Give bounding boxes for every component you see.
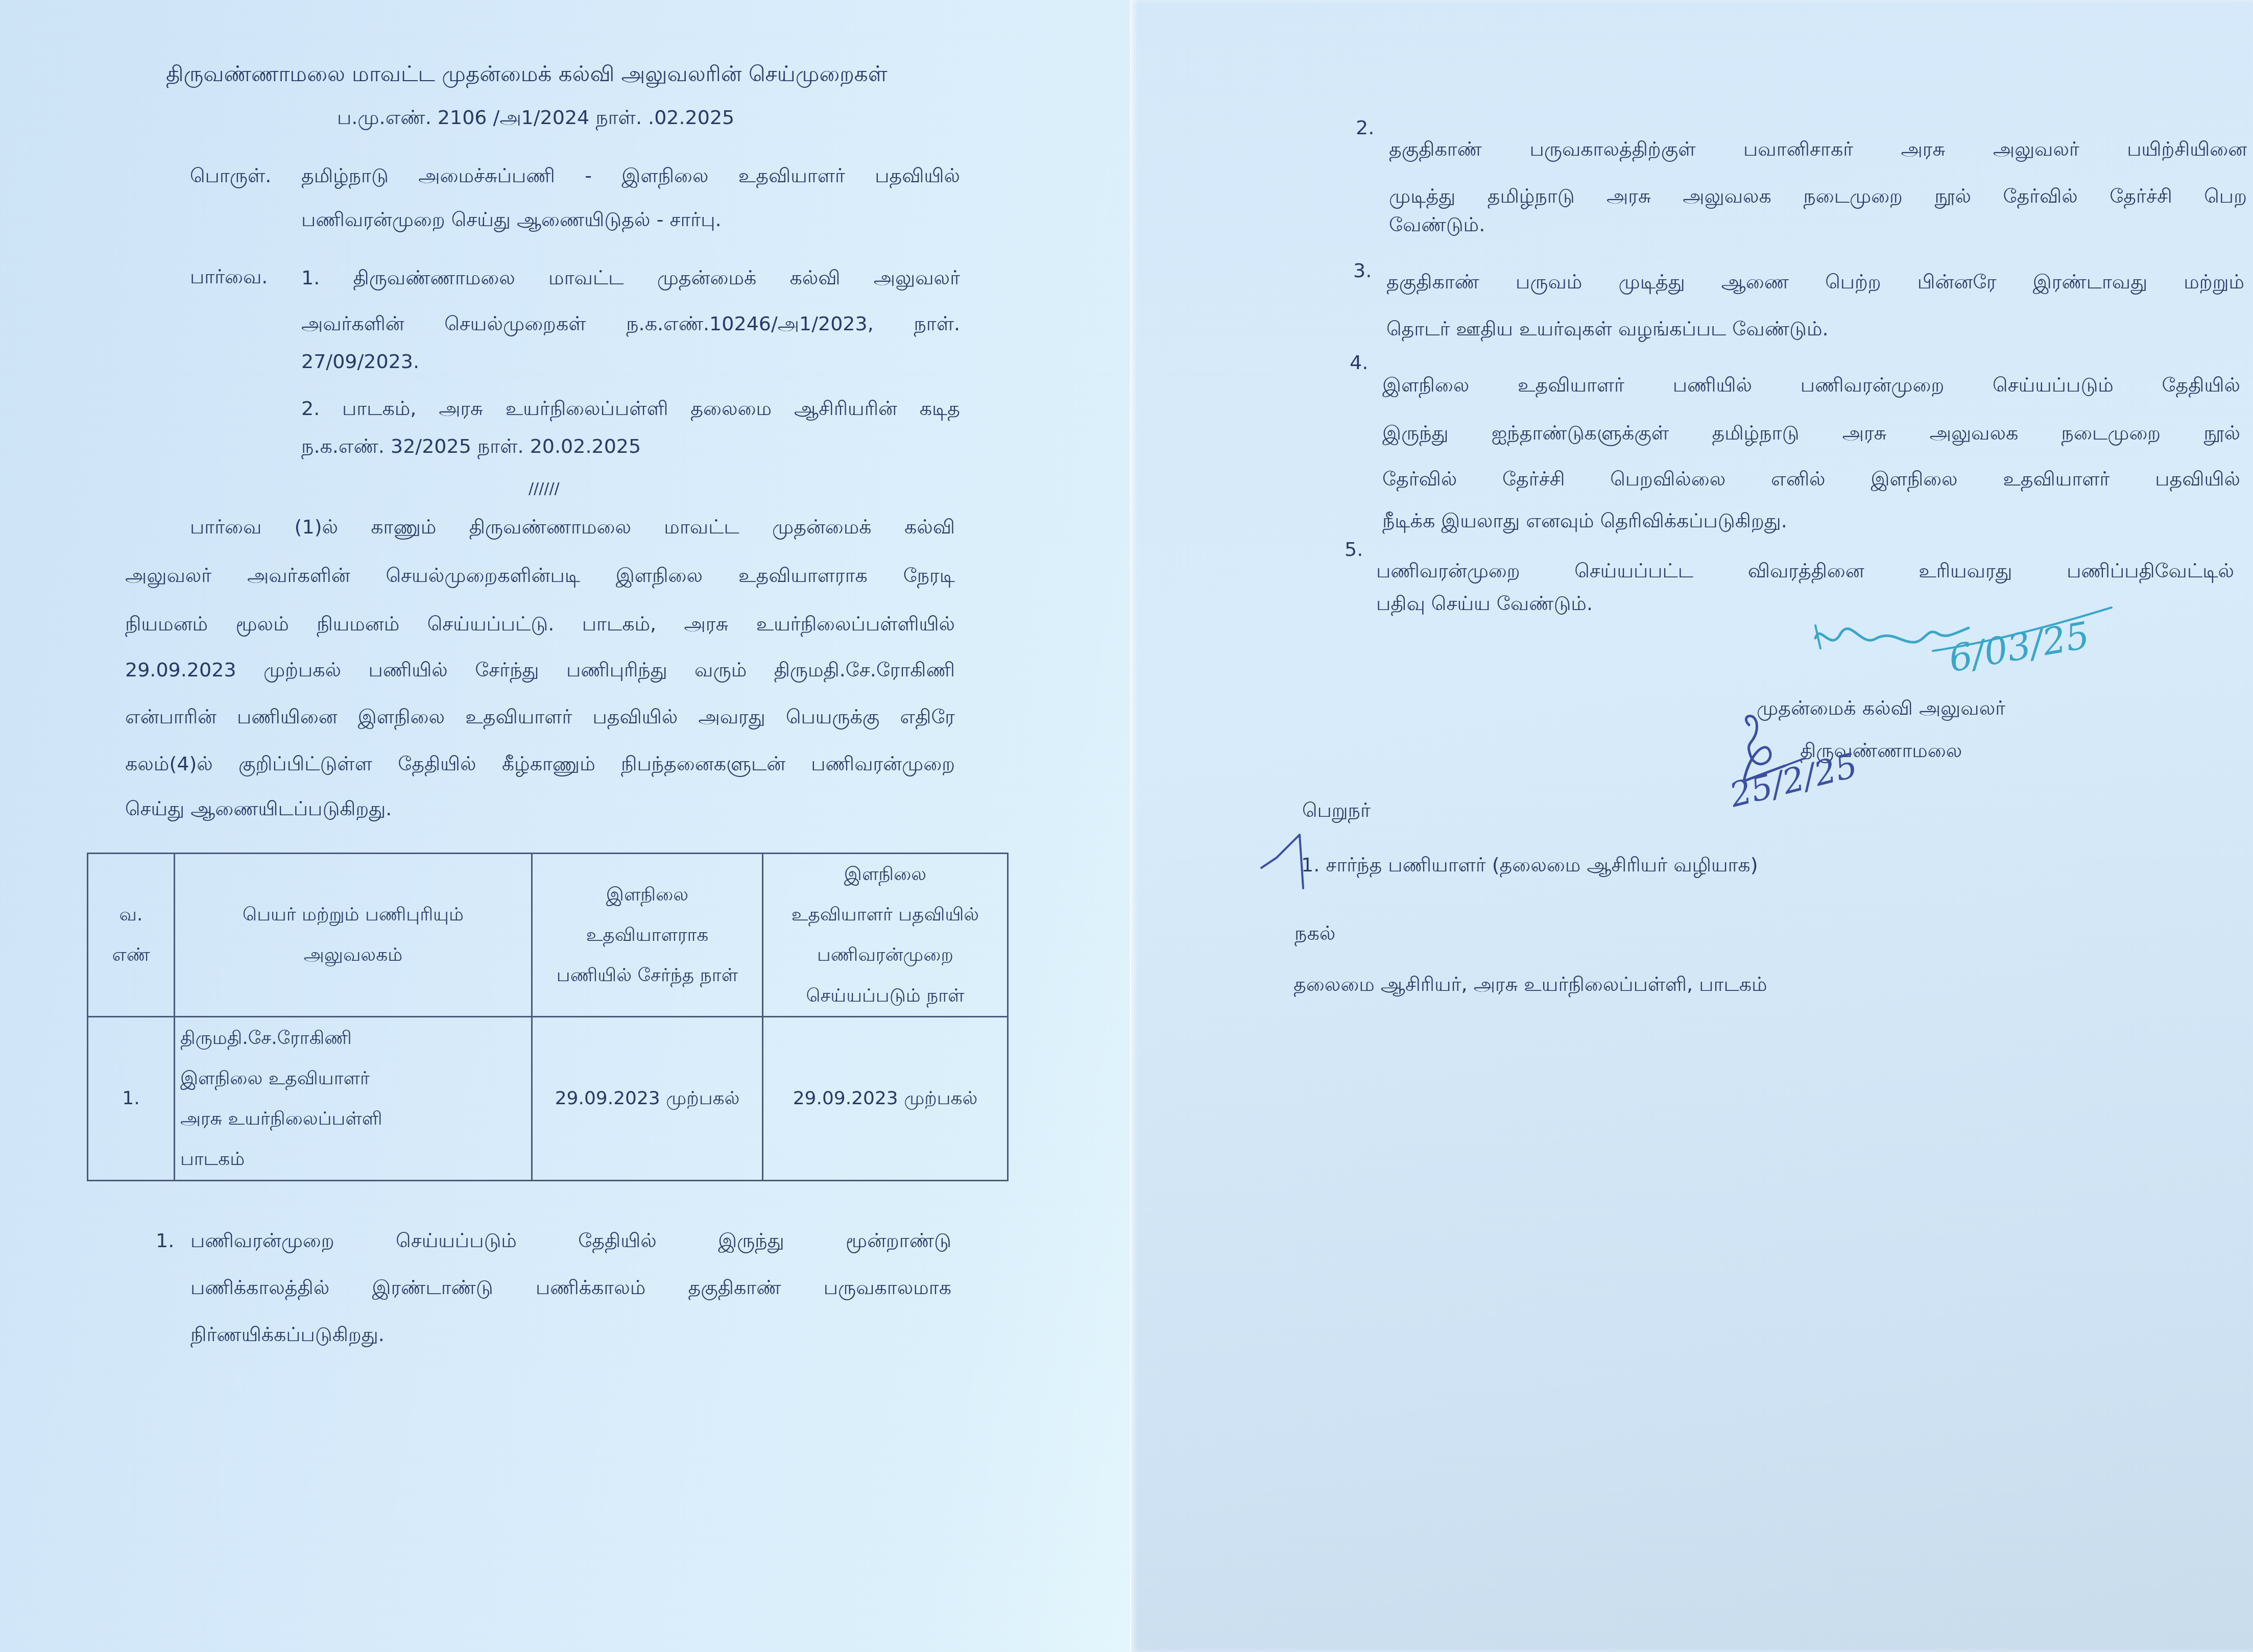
condition-number: 1. [156, 1229, 174, 1253]
header-text: செய்யப்படும் நாள் [769, 976, 1002, 1016]
reference-2-line-1: 2. பாடகம், அரசு உயர்நிலைப்பள்ளி தலைமை ஆச… [301, 397, 960, 421]
condition-line: பணிவரன்முறை செய்யப்பட்ட விவரத்தினை உரியவ… [1376, 560, 2234, 583]
reference-1-line-3: 27/09/2023. [301, 350, 419, 374]
condition-line: முடித்து தமிழ்நாடு அரசு அலுவலக நடைமுறை ந… [1389, 185, 2247, 208]
reference-1-line-1: 1. திருவண்ணாமலை மாவட்ட முதன்மைக் கல்வி அ… [301, 266, 960, 290]
header-text: பெயர் மற்றும் பணிபுரியும் [180, 894, 526, 935]
header-joining-date: இளநிலை உதவியாளராக பணியில் சேர்ந்த நாள் [532, 854, 763, 1017]
reference-1-line-2: அவர்களின் செயல்முறைகள் ந.க.எண்.10246/அ1/… [301, 312, 960, 336]
proceedings-reference: ப.மு.எண். 2106 /அ1/2024 நாள். .02.2025 [337, 106, 734, 130]
condition-line: தகுதிகாண் பருவம் முடித்து ஆணை பெற்ற பின்… [1386, 271, 2244, 294]
header-text: பணியில் சேர்ந்த நாள் [538, 955, 757, 995]
condition-line: பதிவு செய்ய வேண்டும். [1376, 592, 1593, 616]
checkmark-icon [1256, 832, 1312, 893]
header-text: உதவியாளர் பதவியில் [769, 894, 1002, 935]
condition-line: இருந்து ஐந்தாண்டுகளுக்குள் தமிழ்நாடு அரச… [1382, 422, 2240, 445]
subject-line-1: தமிழ்நாடு அமைச்சுப்பணி - இளநிலை உதவியாளர… [301, 164, 960, 188]
regularisation-table: வ. எண் பெயர் மற்றும் பணிபுரியும் அலுவலகம… [87, 853, 1009, 1181]
condition-number: 3. [1353, 259, 1372, 283]
header-text: பணிவரன்முறை [769, 935, 1002, 975]
condition-line: தகுதிகாண் பருவகாலத்திற்குள் பவானிசாகர் அ… [1389, 138, 2247, 161]
header-text: எண் [93, 935, 169, 975]
header-text: இளநிலை [769, 854, 1002, 894]
right-page: 2. தகுதிகாண் பருவகாலத்திற்குள் பவானிசாகர… [1131, 0, 2253, 1652]
header-text: இளநிலை [538, 874, 757, 915]
copy-label: நகல் [1295, 922, 1335, 945]
cell-serial: 1. [88, 1016, 175, 1180]
header-regularisation-date: இளநிலை உதவியாளர் பதவியில் பணிவரன்முறை செ… [763, 854, 1008, 1017]
condition-line: நீடிக்க இயலாது எனவும் தெரிவிக்கப்படுகிறத… [1382, 509, 1787, 533]
employee-place: பாடகம் [180, 1139, 526, 1179]
header-text: வ. [93, 894, 169, 935]
header-text: உதவியாளராக [538, 915, 757, 955]
condition-line: வேண்டும். [1389, 213, 1485, 237]
condition-line: தொடர் ஊதிய உயர்வுகள் வழங்கப்பட வேண்டும். [1386, 318, 1829, 341]
body-line: கலம்(4)ல் குறிப்பிட்டுள்ள தேதியில் கீழ்க… [125, 752, 955, 776]
condition-number: 2. [1356, 116, 1374, 140]
reference-2-line-2: ந.க.எண். 32/2025 நாள். 20.02.2025 [301, 435, 641, 458]
body-line: 29.09.2023 முற்பகல் பணியில் சேர்ந்து பணி… [125, 659, 955, 682]
header-serial: வ. எண் [88, 854, 175, 1017]
cell-joining-date: 29.09.2023 முற்பகல் [532, 1016, 763, 1180]
body-line: அலுவலர் அவர்களின் செயல்முறைகளின்படி இளநி… [125, 564, 955, 588]
left-page: திருவண்ணாமலை மாவட்ட முதன்மைக் கல்வி அலுவ… [0, 0, 1131, 1652]
copy-item: தலைமை ஆசிரியர், அரசு உயர்நிலைப்பள்ளி, பா… [1293, 973, 1767, 997]
body-line: செய்து ஆணையிடப்படுகிறது. [125, 797, 392, 821]
cell-name-office: திருமதி.சே.ரோகிணி இளநிலை உதவியாளர் அரசு … [175, 1016, 532, 1180]
body-line: பார்வை (1)ல் காணும் திருவண்ணாமலை மாவட்ட … [190, 516, 955, 539]
header-text: அலுவலகம் [180, 935, 526, 975]
table-header-row: வ. எண் பெயர் மற்றும் பணிபுரியும் அலுவலகம… [88, 854, 1008, 1017]
subject-line-2: பணிவரன்முறை செய்து ஆணையிடுதல் - சார்பு. [301, 208, 722, 232]
employee-office: அரசு உயர்நிலைப்பள்ளி [180, 1099, 526, 1139]
header-name-office: பெயர் மற்றும் பணிபுரியும் அலுவலகம் [175, 854, 532, 1017]
recipient-label: பெறுநர் [1302, 799, 1371, 822]
condition-number: 4. [1350, 351, 1368, 375]
condition-line: பணிவரன்முறை செய்யப்படும் தேதியில் இருந்த… [190, 1229, 951, 1253]
condition-line: தேர்வில் தேர்ச்சி பெறவில்லை எனில் இளநிலை… [1382, 468, 2240, 491]
document-title: திருவண்ணாமலை மாவட்ட முதன்மைக் கல்வி அலுவ… [166, 61, 888, 87]
table-row: 1. திருமதி.சே.ரோகிணி இளநிலை உதவியாளர் அர… [88, 1016, 1008, 1180]
employee-designation: இளநிலை உதவியாளர் [180, 1058, 526, 1099]
condition-line: நிர்ணயிக்கப்படுகிறது. [190, 1323, 385, 1347]
references-label: பார்வை. [190, 265, 268, 289]
cell-regularisation-date: 29.09.2023 முற்பகல் [763, 1016, 1008, 1180]
separator: ////// [529, 480, 560, 498]
body-line: என்பாரின் பணியினை இளநிலை உதவியாளர் பதவிய… [125, 706, 955, 729]
subject-label: பொருள். [190, 164, 271, 188]
condition-line: இளநிலை உதவியாளர் பணியில் பணிவரன்முறை செய… [1382, 374, 2240, 397]
recipient-item: 1. சார்ந்த பணியாளர் (தலைமை ஆசிரியர் வழிய… [1301, 854, 1758, 877]
body-line: நியமனம் மூலம் நியமனம் செய்யப்பட்டு. பாடக… [125, 613, 955, 636]
employee-name: திருமதி.சே.ரோகிணி [180, 1018, 526, 1058]
condition-number: 5. [1345, 538, 1363, 562]
condition-line: பணிக்காலத்தில் இரண்டாண்டு பணிக்காலம் தகு… [190, 1276, 951, 1300]
